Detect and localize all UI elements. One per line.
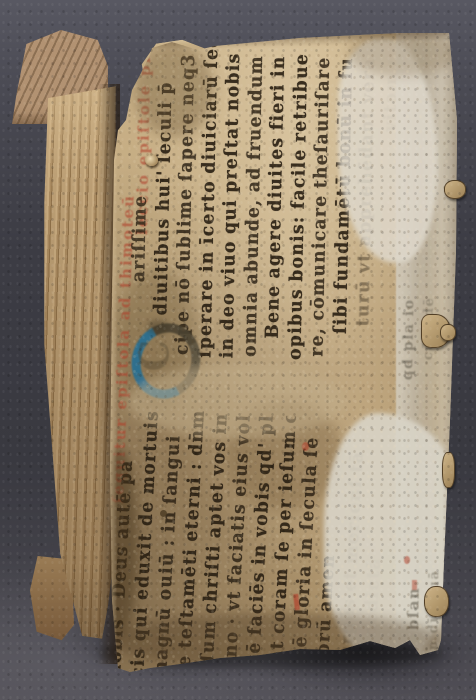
red-ink-speck-spine-1 (404, 556, 410, 564)
photo-scene: ſequitur epiſtola ad thimoteū leccio epi… (0, 0, 476, 700)
initial-letter: C (131, 340, 178, 372)
wormhole-lower (160, 510, 167, 517)
sewing-tie-nub-1 (444, 180, 466, 199)
red-ink-speck-spine-2 (412, 580, 417, 590)
vellum-cover: ſequitur epiſtola ad thimoteū leccio epi… (98, 28, 460, 678)
sewing-tie-ridge (442, 452, 455, 488)
illuminated-initial: C (129, 314, 187, 392)
sewing-tie-nub-2 (424, 586, 449, 617)
spine-text-fragment-1: qd pla io (400, 298, 417, 380)
spine-text-fragment-3: bſan (404, 586, 423, 630)
wormhole-upper (145, 154, 158, 166)
red-ink-speck (302, 442, 309, 451)
sewing-tie-flap-nub (440, 324, 456, 341)
